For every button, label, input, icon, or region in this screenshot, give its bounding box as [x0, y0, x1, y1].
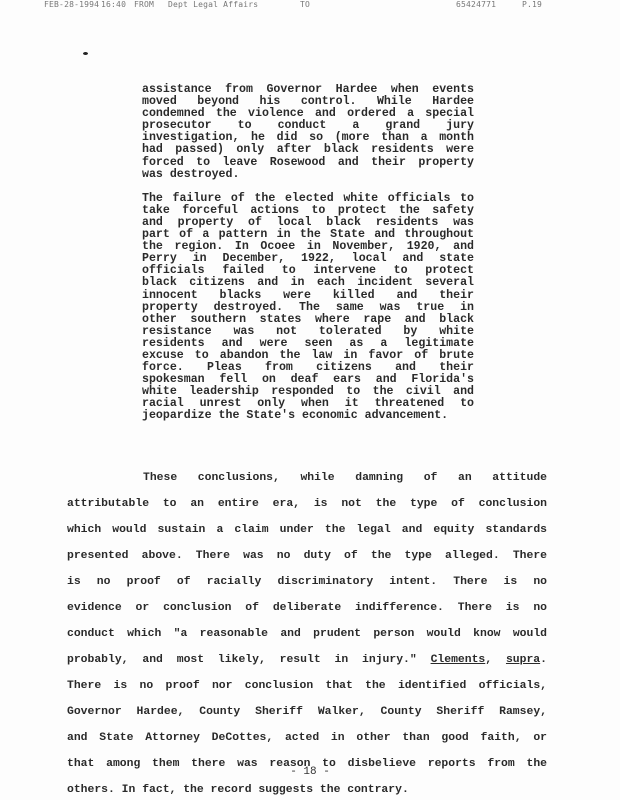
page-number: - 18 - — [0, 766, 620, 778]
text-line: innocent blacks were killed and their — [142, 290, 474, 302]
text-line: was destroyed. — [142, 169, 474, 181]
text-line: other southern states where rape and bla… — [142, 314, 474, 326]
fax-date: FEB-28-1994 — [44, 0, 99, 9]
fax-to-label: TO — [300, 0, 310, 9]
quoted-paragraph: The failure of the elected white officia… — [142, 193, 474, 423]
text-line: which would sustain a claim under the le… — [67, 517, 547, 543]
text-fragment: probably, and most likely, result in inj… — [67, 654, 417, 666]
fax-from: Dept Legal Affairs — [168, 0, 258, 9]
fax-to-number: 65424771 — [456, 0, 496, 9]
citation-end: . — [540, 654, 547, 666]
fax-time: 16:40 — [101, 0, 126, 9]
citation-supra: supra — [506, 654, 540, 666]
citation-separator: , — [485, 654, 506, 666]
text-line: and State Attorney DeCottes, acted in ot… — [67, 725, 547, 751]
text-line: Governor Hardee, County Sheriff Walker, … — [67, 699, 547, 725]
fax-from-label: FROM — [134, 0, 154, 9]
text-line: probably, and most likely, result in inj… — [67, 647, 547, 673]
quoted-paragraph: assistance from Governor Hardee when eve… — [142, 84, 474, 181]
text-line: had passed) only after black residents w… — [142, 144, 474, 156]
scan-speck — [83, 52, 88, 55]
text-line: jeopardize the State's economic advancem… — [142, 410, 474, 422]
text-line: presented above. There was no duty of th… — [67, 543, 547, 569]
text-line: attributable to an entire era, is not th… — [67, 491, 547, 517]
text-line: There is no proof nor conclusion that th… — [67, 673, 547, 699]
text-line: others. In fact, the record suggests the… — [67, 777, 547, 800]
text-line: property destroyed. The same was true in — [142, 302, 474, 314]
text-line: black citizens and in each incident seve… — [142, 277, 474, 289]
text-line: conduct which "a reasonable and prudent … — [67, 621, 547, 647]
quoted-block: assistance from Governor Hardee when eve… — [142, 84, 474, 435]
text-line: These conclusions, while damning of an a… — [67, 465, 547, 491]
citation-case: Clements — [431, 654, 486, 666]
text-line: is no proof of racially discriminatory i… — [67, 569, 547, 595]
fax-page: P.19 — [522, 0, 542, 9]
text-line: evidence or conclusion of deliberate ind… — [67, 595, 547, 621]
fax-header: FEB-28-1994 16:40 FROM Dept Legal Affair… — [0, 0, 620, 12]
body-text: These conclusions, while damning of an a… — [67, 465, 547, 800]
text-line: forced to leave Rosewood and their prope… — [142, 157, 474, 169]
